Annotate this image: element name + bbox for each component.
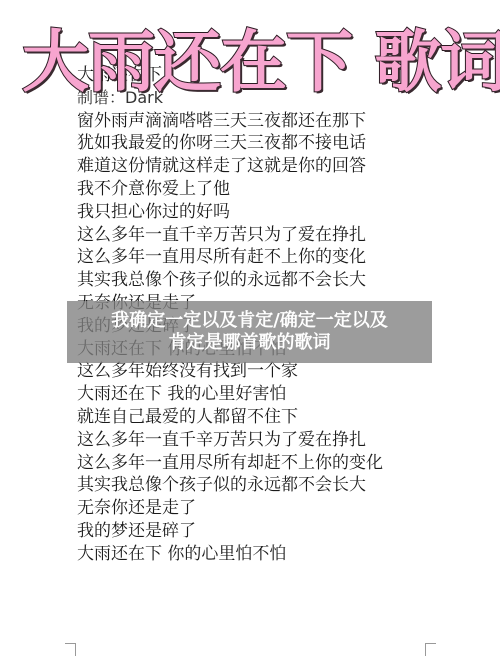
lyric-line: 我的梦还是碎了 (77, 520, 437, 543)
lyric-line: 就连自己最爱的人都留不住下 (77, 406, 437, 429)
lyric-line: 难道这份情就这样走了这就是你的回答 (77, 155, 437, 178)
lyric-line: 这么多年一直用尽所有赶不上你的变化 (77, 246, 437, 269)
lyric-line: 其实我总像个孩子似的永远都不会长大 (77, 474, 437, 497)
lyric-line: 犹如我最爱的你呀三天三夜都不接电话 (77, 132, 437, 155)
banner-line-1: 我确定一定以及肯定/确定一定以及 (111, 310, 388, 332)
lyric-line: 大雨还在下 你的心里怕不怕 (77, 543, 437, 566)
lyric-line: 我只担心你过的好吗 (77, 201, 437, 224)
lyric-line: 这么多年一直用尽所有却赶不上你的变化 (77, 452, 437, 475)
headline-title: 大雨还在下 歌词 (22, 22, 482, 102)
lyric-line: 窗外雨声滴滴嗒嗒三天三夜都还在那下 (77, 110, 437, 133)
banner-line-2: 肯定是哪首歌的歌词 (169, 332, 331, 354)
lyric-line: 其实我总像个孩子似的永远都不会长大 (77, 269, 437, 292)
lyric-line: 这么多年一直千辛万苦只为了爱在挣扎 (77, 429, 437, 452)
page-corner-mark-right (425, 643, 436, 656)
lyric-line: 大雨还在下 我的心里好害怕 (77, 383, 437, 406)
lyric-line: 这么多年一直千辛万苦只为了爱在挣扎 (77, 224, 437, 247)
page-corner-mark-left (65, 643, 76, 656)
caption-banner: 我确定一定以及肯定/确定一定以及 肯定是哪首歌的歌词 (67, 301, 432, 363)
lyric-line: 我不介意你爱上了他 (77, 178, 437, 201)
lyric-line: 这么多年始终没有找到一个家 (77, 360, 437, 383)
lyric-line: 无奈你还是走了 (77, 497, 437, 520)
